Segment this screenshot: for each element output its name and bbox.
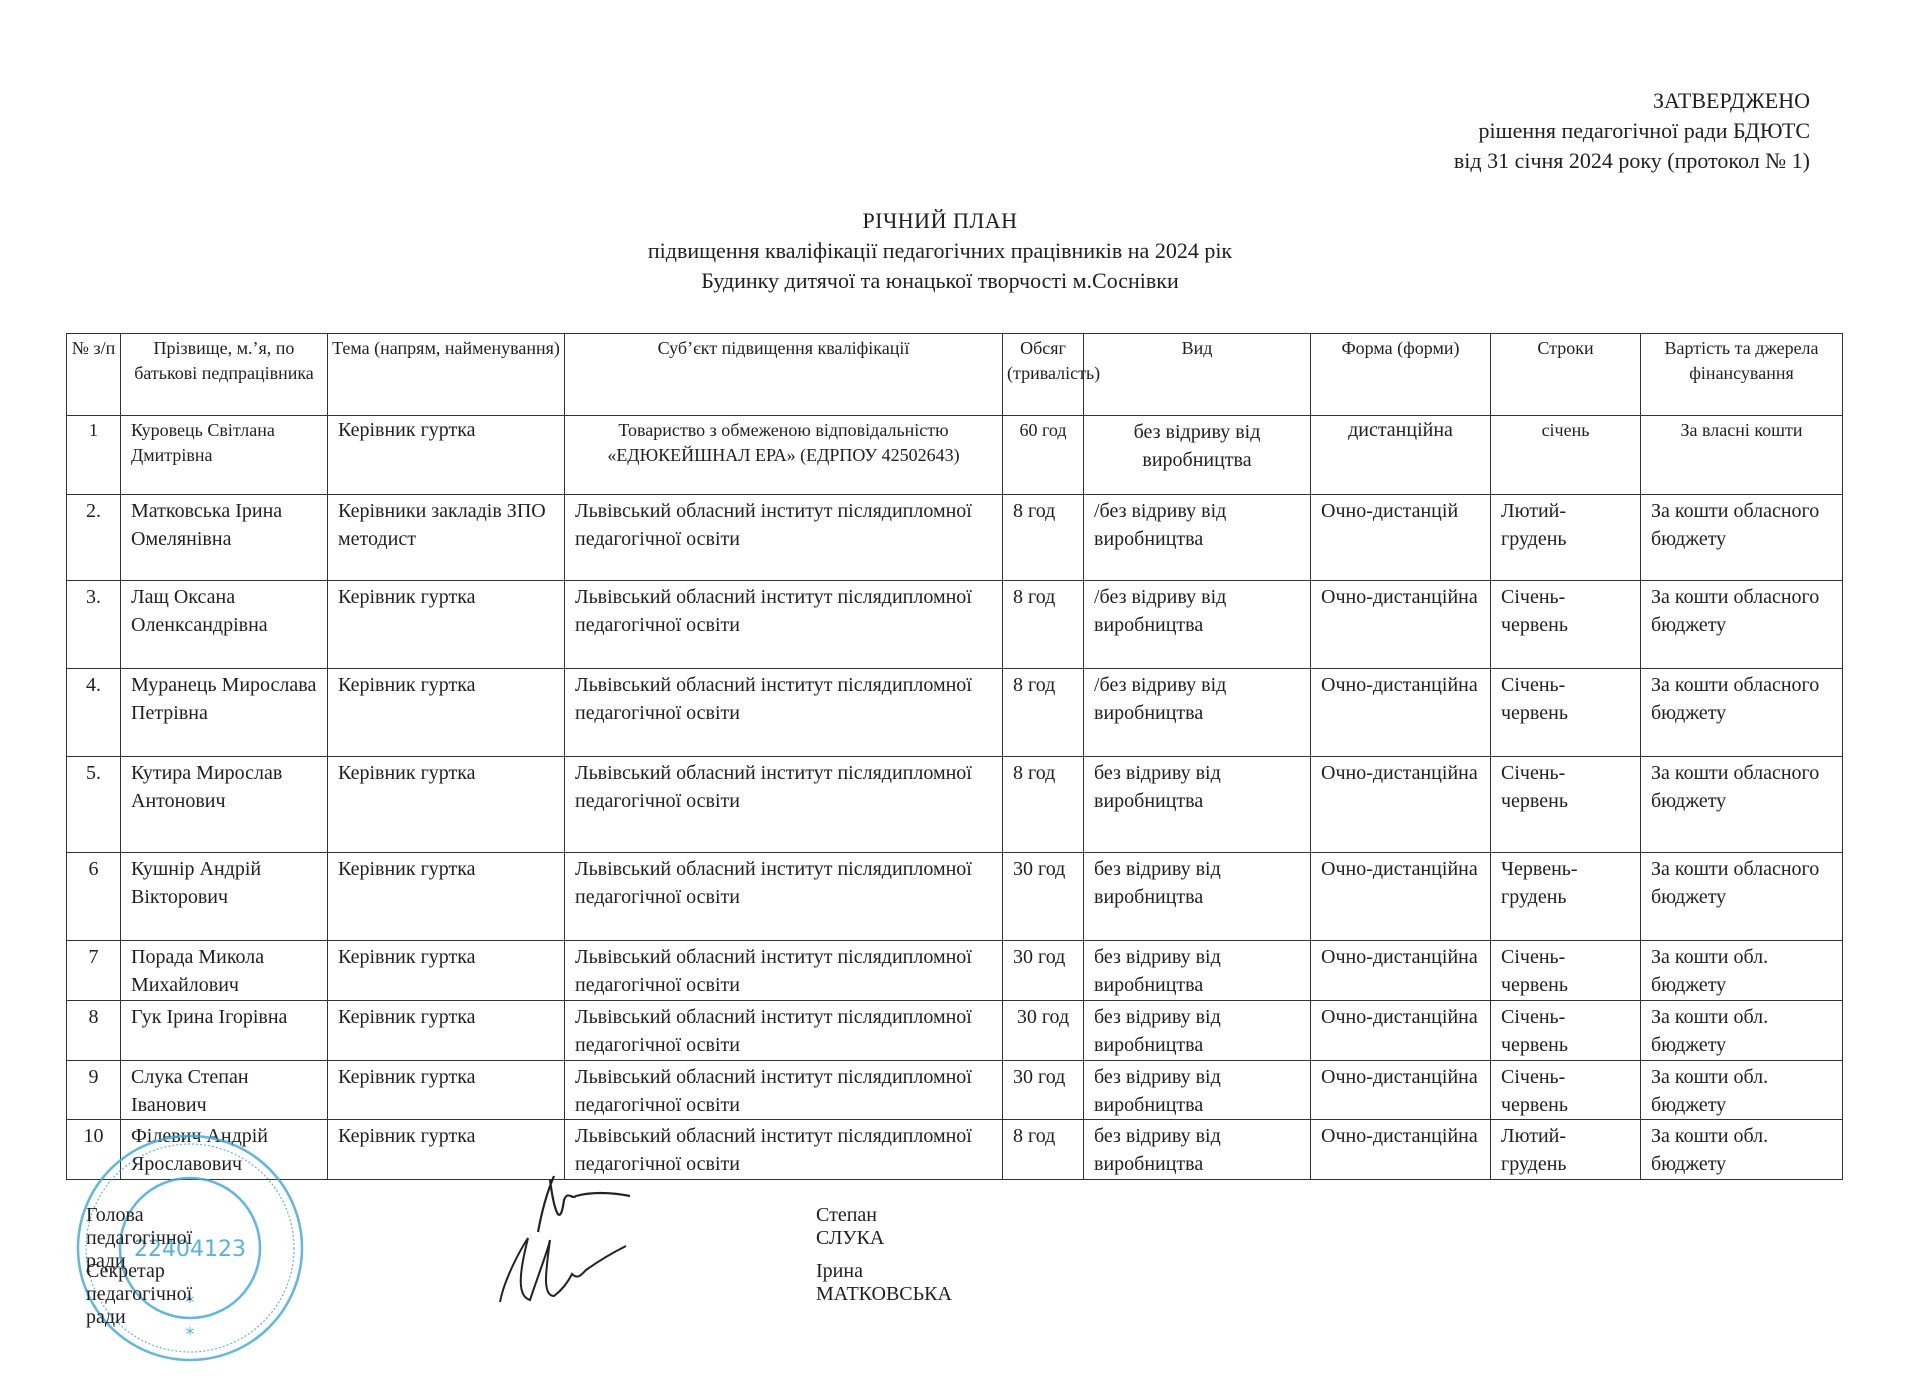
cell-cost: За кошти обласного бюджету (1641, 581, 1843, 669)
signature-name: Степан СЛУКА (816, 1204, 884, 1250)
cell-type: без відриву від виробництва (1084, 757, 1311, 853)
cell-terms: Січень-червень (1491, 941, 1641, 1001)
header-name: Прізвище, м.’я, по батькові педпрацівник… (121, 334, 328, 416)
cell-topic: Керівник гуртка (328, 941, 565, 1001)
cell-name: Лащ Оксана Оленксандрівна (121, 581, 328, 669)
cell-form: Очно-дистанційна (1311, 1001, 1491, 1061)
cell-topic: Керівник гуртка (328, 416, 565, 495)
signature-name: Ірина МАТКОВСЬКА (816, 1260, 952, 1306)
table-row: 5. Кутира Мирослав Антонович Керівник гу… (67, 757, 1843, 853)
cell-form: Очно-дистанційна (1311, 757, 1491, 853)
table-header-row: № з/п Прізвище, м.’я, по батькові педпра… (67, 334, 1843, 416)
cell-provider: Львівський обласний інститут післядиплом… (565, 853, 1003, 941)
cell-type: без відриву від виробництва (1084, 941, 1311, 1001)
cell-type: без відриву від виробництва (1084, 1061, 1311, 1120)
cell-type: /без відриву від виробництва (1084, 581, 1311, 669)
table-row: 8 Гук Ірина Ігорівна Керівник гуртка Льв… (67, 1001, 1843, 1061)
cell-type: /без відриву від виробництва (1084, 495, 1311, 581)
cell-provider: Львівський обласний інститут післядиплом… (565, 495, 1003, 581)
cell-type: без відриву від виробництва (1084, 1120, 1311, 1180)
cell-form: Очно-дистанційна (1311, 581, 1491, 669)
cell-provider: Львівський обласний інститут післядиплом… (565, 757, 1003, 853)
table-row: 7 Порада Микола Михайлович Керівник гурт… (67, 941, 1843, 1001)
cell-form: дистанційна (1311, 416, 1491, 495)
cell-form: Очно-дистанцій (1311, 495, 1491, 581)
cell-number: 7 (67, 941, 121, 1001)
cell-terms: Січень-червень (1491, 1061, 1641, 1120)
cell-topic: Керівники закладів ЗПО методист (328, 495, 565, 581)
cell-number: 6 (67, 853, 121, 941)
cell-topic: Керівник гуртка (328, 1061, 565, 1120)
cell-form: Очно-дистанційна (1311, 1120, 1491, 1180)
cell-volume: 8 год (1003, 495, 1084, 581)
header-cost: Вартість та джерела фінансування (1641, 334, 1843, 416)
cell-volume: 60 год (1003, 416, 1084, 495)
cell-form: Очно-дистанційна (1311, 669, 1491, 757)
title-subtitle: підвищення кваліфікації педагогічних пра… (0, 236, 1880, 266)
header-volume: Обсяг (тривалість) (1003, 334, 1084, 416)
cell-type: без відриву від виробництва (1084, 853, 1311, 941)
cell-name: Кушнір Андрій Вікторович (121, 853, 328, 941)
cell-cost: За кошти обласного бюджету (1641, 853, 1843, 941)
cell-type: без відриву від виробництва (1084, 1001, 1311, 1061)
cell-form: Очно-дистанційна (1311, 853, 1491, 941)
cell-terms: Червень-грудень (1491, 853, 1641, 941)
cell-volume: 8 год (1003, 581, 1084, 669)
cell-provider: Львівський обласний інститут післядиплом… (565, 581, 1003, 669)
cell-topic: Керівник гуртка (328, 757, 565, 853)
header-number: № з/п (67, 334, 121, 416)
cell-volume: 8 год (1003, 757, 1084, 853)
table-row: 6 Кушнір Андрій Вікторович Керівник гурт… (67, 853, 1843, 941)
cell-terms: Січень-червень (1491, 669, 1641, 757)
header-terms: Строки (1491, 334, 1641, 416)
cell-volume: 30 год (1003, 1061, 1084, 1120)
cell-provider: Товариство з обмеженою відповідальністю … (565, 416, 1003, 495)
handwritten-signature-secretary (490, 1230, 630, 1310)
title-main: РІЧНИЙ ПЛАН (0, 206, 1880, 236)
cell-volume: 8 год (1003, 669, 1084, 757)
header-form: Форма (форми) (1311, 334, 1491, 416)
cell-cost: За кошти обл. бюджету (1641, 1061, 1843, 1120)
cell-terms: січень (1491, 416, 1641, 495)
cell-volume: 8 год (1003, 1120, 1084, 1180)
cell-terms: Січень-червень (1491, 581, 1641, 669)
cell-topic: Керівник гуртка (328, 581, 565, 669)
cell-cost: За кошти обл. бюджету (1641, 1120, 1843, 1180)
cell-number: 9 (67, 1061, 121, 1120)
cell-type: без відриву від виробництва (1084, 416, 1311, 495)
cell-cost: За кошти обл. бюджету (1641, 941, 1843, 1001)
cell-number: 1 (67, 416, 121, 495)
cell-number: 8 (67, 1001, 121, 1061)
cell-name: Кутира Мирослав Антонович (121, 757, 328, 853)
cell-form: Очно-дистанційна (1311, 941, 1491, 1001)
cell-cost: За власні кошти (1641, 416, 1843, 495)
cell-volume: 30 год (1003, 853, 1084, 941)
cell-provider: Львівський обласний інститут післядиплом… (565, 1061, 1003, 1120)
cell-cost: За кошти обл. бюджету (1641, 1001, 1843, 1061)
qualification-plan-table: № з/п Прізвище, м.’я, по батькові педпра… (66, 333, 1843, 1180)
cell-terms: Січень-червень (1491, 757, 1641, 853)
cell-terms: Лютий-грудень (1491, 495, 1641, 581)
cell-name: Куровець Світлана Дмитрівна (121, 416, 328, 495)
cell-provider: Львівський обласний інститут післядиплом… (565, 1001, 1003, 1061)
cell-topic: Керівник гуртка (328, 853, 565, 941)
cell-number: 3. (67, 581, 121, 669)
cell-name: Гук Ірина Ігорівна (121, 1001, 328, 1061)
cell-cost: За кошти обласного бюджету (1641, 757, 1843, 853)
header-provider: Суб’єкт підвищення кваліфікації (565, 334, 1003, 416)
cell-number: 2. (67, 495, 121, 581)
cell-cost: За кошти обласного бюджету (1641, 669, 1843, 757)
cell-name: Муранець Мирослава Петрівна (121, 669, 328, 757)
cell-topic: Керівник гуртка (328, 669, 565, 757)
approval-heading: ЗАТВЕРДЖЕНО (1454, 86, 1810, 116)
table-row: 4. Муранець Мирослава Петрівна Керівник … (67, 669, 1843, 757)
title-institution: Будинку дитячої та юнацької творчості м.… (0, 266, 1880, 296)
table-row: 3. Лащ Оксана Оленксандрівна Керівник гу… (67, 581, 1843, 669)
cell-name: Слука Степан Іванович (121, 1061, 328, 1120)
cell-volume: 30 год (1003, 941, 1084, 1001)
cell-terms: Січень-червень (1491, 1001, 1641, 1061)
cell-terms: Лютий-грудень (1491, 1120, 1641, 1180)
cell-name: Порада Микола Михайлович (121, 941, 328, 1001)
table-row: 9 Слука Степан Іванович Керівник гуртка … (67, 1061, 1843, 1120)
table-row: 2. Матковська Ірина Омелянівна Керівники… (67, 495, 1843, 581)
table-row: 1 Куровець Світлана Дмитрівна Керівник г… (67, 416, 1843, 495)
cell-provider: Львівський обласний інститут післядиплом… (565, 669, 1003, 757)
cell-type: /без відриву від виробництва (1084, 669, 1311, 757)
cell-cost: За кошти обласного бюджету (1641, 495, 1843, 581)
document-title: РІЧНИЙ ПЛАН підвищення кваліфікації педа… (0, 206, 1880, 296)
cell-provider: Львівський обласний інститут післядиплом… (565, 941, 1003, 1001)
cell-form: Очно-дистанційна (1311, 1061, 1491, 1120)
approval-date: від 31 січня 2024 року (протокол № 1) (1454, 146, 1810, 176)
cell-name: Матковська Ірина Омелянівна (121, 495, 328, 581)
cell-number: 4. (67, 669, 121, 757)
header-topic: Тема (напрям, найменування) (328, 334, 565, 416)
table-row: 10 Філевич Андрій Ярославович Керівник г… (67, 1120, 1843, 1180)
header-type: Вид (1084, 334, 1311, 416)
signature-role: Секретар педагогічної ради (86, 1260, 192, 1329)
cell-number: 5. (67, 757, 121, 853)
cell-volume: 30 год (1003, 1001, 1084, 1061)
cell-topic: Керівник гуртка (328, 1001, 565, 1061)
approval-block: ЗАТВЕРДЖЕНО рішення педагогічної ради БД… (1454, 86, 1810, 176)
approval-decision: рішення педагогічної ради БДЮТС (1454, 116, 1810, 146)
